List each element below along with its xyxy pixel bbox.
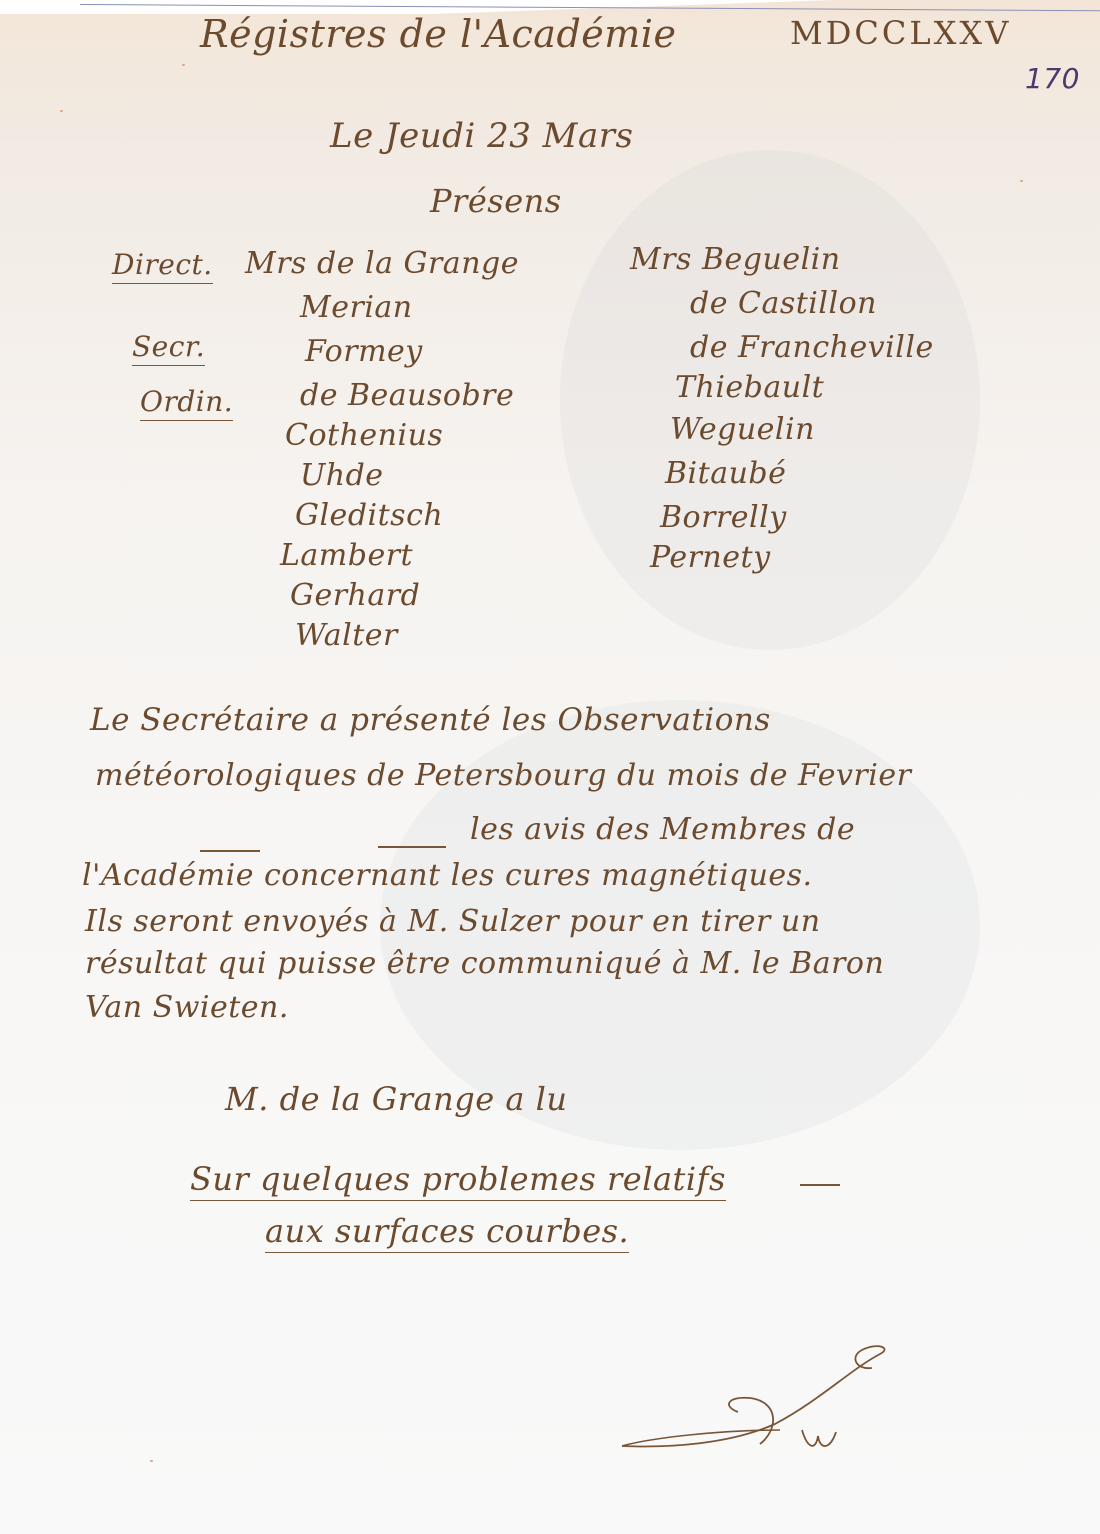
attendee-name: Bitaubé bbox=[665, 456, 786, 491]
year-roman-numeral: MDCCLXXV bbox=[790, 14, 1011, 52]
paper-fleck bbox=[60, 110, 63, 112]
attendee-name: Lambert bbox=[280, 538, 413, 573]
attendee-name: Gerhard bbox=[290, 578, 420, 613]
register-title: Régistres de l'Académie bbox=[200, 12, 676, 56]
folio-number: 170 bbox=[1025, 62, 1080, 95]
session-date: Le Jeudi 23 Mars bbox=[330, 116, 633, 156]
attendee-name: Gleditsch bbox=[295, 498, 443, 533]
signature-flourish-icon bbox=[610, 1340, 890, 1470]
minutes-line: météorologiques de Petersbourg du mois d… bbox=[95, 758, 911, 793]
minutes-line: Ils seront envoyés à M. Sulzer pour en t… bbox=[85, 904, 821, 939]
paper-fleck bbox=[182, 64, 185, 66]
paper-fleck bbox=[1020, 180, 1023, 182]
minutes-line: Le Secrétaire a présenté les Observation… bbox=[90, 702, 771, 738]
minutes-line: Van Swieten. bbox=[85, 990, 289, 1025]
paper-fleck bbox=[150, 1460, 153, 1462]
attendee-name: Mrs Beguelin bbox=[630, 242, 841, 277]
attendee-name: Cothenius bbox=[285, 418, 443, 453]
present-heading: Présens bbox=[430, 182, 562, 220]
attendee-name: Formey bbox=[305, 334, 423, 369]
secretary-signature: Dw bbox=[610, 1340, 890, 1470]
attendee-name: Walter bbox=[295, 618, 398, 653]
attendee-name: Borrelly bbox=[660, 500, 787, 535]
secretary-label: Secr. bbox=[132, 330, 205, 366]
attendee-name: de Castillon bbox=[690, 286, 877, 321]
attendee-name: Thiebault bbox=[675, 370, 824, 405]
line-continuation-dash bbox=[800, 1184, 840, 1186]
ordinary-label: Ordin. bbox=[140, 385, 233, 421]
ditto-dash bbox=[200, 850, 260, 852]
memoir-title-line-1: Sur quelques problemes relatifs bbox=[190, 1160, 726, 1201]
ditto-dash bbox=[378, 846, 446, 848]
memoir-title-line-2: aux surfaces courbes. bbox=[265, 1212, 629, 1253]
attendee-name: Pernety bbox=[650, 540, 771, 575]
attendee-name: Merian bbox=[300, 290, 413, 325]
attendee-name: Uhde bbox=[300, 458, 384, 493]
minutes-line: résultat qui puisse être communiqué à M.… bbox=[85, 946, 884, 981]
minutes-line: les avis des Membres de bbox=[470, 812, 855, 847]
attendee-name: de Beausobre bbox=[300, 378, 514, 413]
reading-announcement: M. de la Grange a lu bbox=[225, 1080, 567, 1118]
attendee-name: Weguelin bbox=[670, 412, 815, 447]
attendee-name: Mrs de la Grange bbox=[245, 246, 519, 281]
attendee-name: de Francheville bbox=[690, 330, 934, 365]
director-label: Direct. bbox=[112, 248, 213, 284]
minutes-line: l'Académie concernant les cures magnétiq… bbox=[82, 858, 813, 893]
